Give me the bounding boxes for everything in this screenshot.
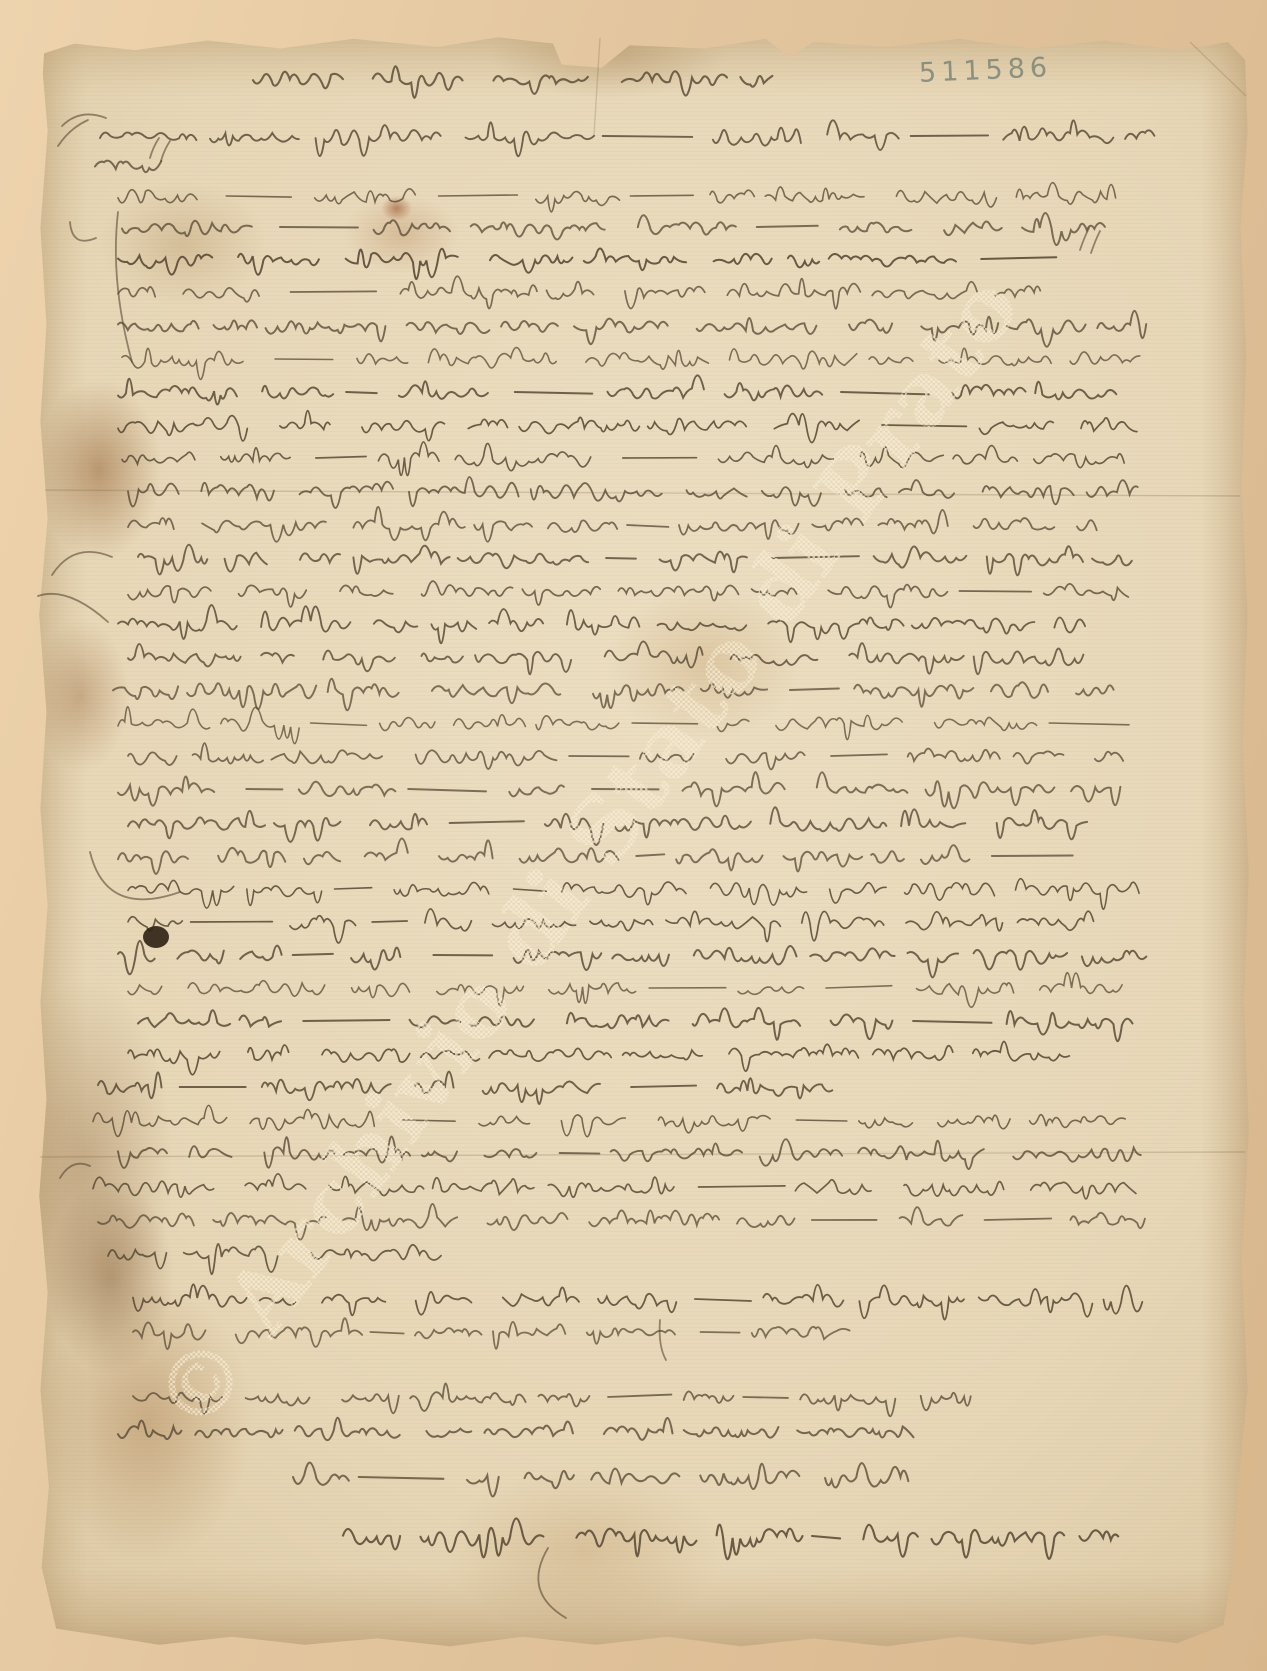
stray-stroke	[1080, 228, 1089, 250]
stray-stroke	[38, 594, 108, 622]
archive-watermark: © Archivio di Stato di Prato	[133, 257, 1040, 1451]
handwriting-ink-layer: © Archivio di Stato di Prato	[0, 0, 1267, 1671]
script-line	[128, 581, 1128, 607]
script-line	[93, 1174, 1136, 1199]
script-line	[118, 248, 1056, 279]
stray-stroke	[90, 852, 180, 899]
script-line	[128, 1041, 1069, 1074]
script-line	[138, 1008, 1133, 1041]
manuscript-scan: © Archivio di Stato di Prato 511586	[0, 0, 1267, 1671]
stray-stroke	[1091, 231, 1100, 253]
script-line	[293, 1463, 908, 1497]
stray-stroke	[660, 1320, 666, 1360]
script-line	[128, 909, 1094, 943]
archive-number: 511586	[918, 52, 1052, 89]
script-line	[118, 183, 1116, 212]
stray-stroke	[70, 222, 96, 241]
stray-stroke	[60, 1164, 90, 1178]
script-line	[128, 641, 1083, 674]
stray-stroke	[116, 212, 132, 362]
script-line	[138, 545, 1132, 576]
crease-line	[1190, 42, 1246, 96]
script-line	[93, 1105, 1125, 1136]
script-line	[95, 161, 161, 173]
script-line	[122, 213, 1105, 245]
crease-line	[594, 38, 600, 135]
stray-stroke	[538, 1548, 566, 1618]
script-line	[113, 679, 1114, 710]
script-line	[128, 507, 1097, 542]
paper-creases	[40, 38, 1246, 1157]
script-line	[128, 477, 1138, 508]
script-line	[118, 941, 1146, 978]
script-line	[100, 120, 1154, 156]
script-line	[128, 973, 1122, 1008]
stray-stroke	[62, 114, 106, 126]
stray-stroke	[58, 120, 88, 146]
stray-stroke	[52, 552, 112, 575]
script-line	[253, 66, 772, 98]
script-line	[343, 1518, 1118, 1559]
script-line	[122, 442, 1124, 476]
script-line	[118, 276, 1040, 309]
script-line	[118, 605, 1085, 643]
ink-blot	[143, 926, 169, 948]
script-line	[118, 411, 1137, 443]
script-line	[128, 879, 1139, 910]
stray-stroke	[161, 141, 170, 161]
stray-stroke	[150, 138, 159, 158]
